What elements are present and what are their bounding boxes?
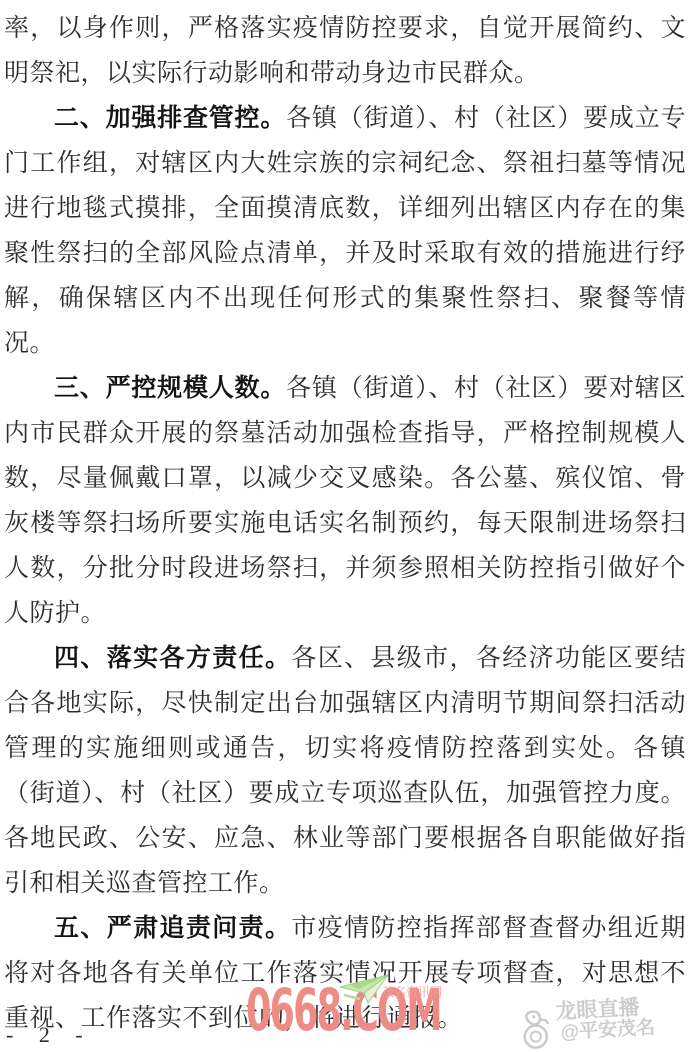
section-heading: 三、严控规模人数。 <box>54 374 286 402</box>
section-heading: 四、落实各方责任。 <box>54 644 291 672</box>
paragraph-continuation: 率，以身作则，严格落实疫情防控要求，自觉开展简约、文明祭祀，以实际行动影响和带动… <box>4 6 686 96</box>
paragraph-section-4: 四、落实各方责任。各区、县级市，各经济功能区要结合各地实际，尽快制定出台加强辖区… <box>4 636 686 906</box>
paragraph-text: 率，以身作则，严格落实疫情防控要求，自觉开展简约、文明祭祀，以实际行动影响和带动… <box>4 15 686 87</box>
site-logo: 0668.COM 茂名资讯网 <box>246 985 456 1040</box>
watermark-right: 龙眼直播 @平安茂名 <box>555 994 690 1043</box>
paragraph-text: 各镇（街道）、村（社区）要对辖区内市民群众开展的祭墓活动加强检查指导，严格控制规… <box>4 375 686 627</box>
longan-mascot-icon <box>515 1008 555 1052</box>
page-number: - 2 - <box>6 1022 93 1048</box>
paragraph-text: 各区、县级市，各经济功能区要结合各地实际，尽快制定出台加强辖区内清明节期间祭扫活… <box>4 645 686 897</box>
section-heading: 二、加强排查管控。 <box>54 104 286 132</box>
site-name-label: 茂名资讯网 <box>382 985 442 999</box>
document-body: 率，以身作则，严格落实疫情防控要求，自觉开展简约、文明祭祀，以实际行动影响和带动… <box>4 6 686 1041</box>
paragraph-section-2: 二、加强排查管控。各镇（街道）、村（社区）要成立专门工作组，对辖区内大姓宗族的宗… <box>4 96 686 366</box>
paragraph-text: 各镇（街道）、村（社区）要成立专门工作组，对辖区内大姓宗族的宗祠纪念、祭祖扫墓等… <box>4 105 686 357</box>
paragraph-section-3: 三、严控规模人数。各镇（街道）、村（社区）要对辖区内市民群众开展的祭墓活动加强检… <box>4 366 686 636</box>
section-heading: 五、严肃追责问责。 <box>54 914 291 942</box>
